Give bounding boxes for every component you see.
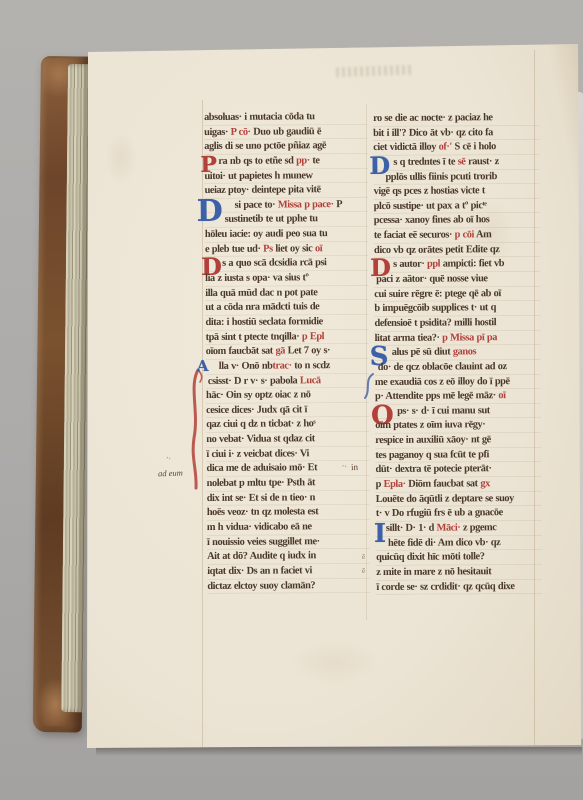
rubric-text: P cō· bbox=[231, 126, 254, 137]
margin-tick: ē bbox=[362, 553, 365, 561]
manuscript-line: ueiaz ptoy· deintepe pita vitē bbox=[205, 183, 368, 199]
body-text: sillt· D· 1· d bbox=[386, 523, 437, 534]
rubric-text: sē bbox=[458, 156, 466, 167]
manuscript-line: hēte fidē di· Am dico vb· qz bbox=[376, 535, 542, 551]
manuscript-line: qaz ciui q dz n ticbat· z hoˢ bbox=[206, 417, 369, 433]
rubric-text: pp· bbox=[296, 155, 310, 166]
body-text: dix int se· Et si de n tieo· n bbox=[207, 492, 315, 504]
body-text: bit i ill'? Dico āt vb· qz cito fa bbox=[373, 127, 493, 139]
body-text: Duo ub gaudiū ē bbox=[253, 126, 321, 137]
body-text: tes paganoy q sua fcūt te pfi bbox=[375, 449, 489, 461]
body-text: dico vb qz orātes petit Edite qz bbox=[374, 244, 499, 256]
body-text: dūt· dextra tē potecie pterāt· bbox=[375, 464, 491, 476]
manuscript-line: iqtat dix· Ds an n faciet vi bbox=[207, 564, 370, 580]
rubric-text: Lucā bbox=[300, 375, 321, 386]
body-text: plcō sustipe· ut pax a tº picᵗᵉ bbox=[374, 200, 487, 212]
margin-tick: ē bbox=[362, 567, 365, 575]
body-text: te faciat eē securos· bbox=[374, 230, 455, 242]
body-text: P bbox=[334, 199, 343, 210]
body-text: cui suire rēgre ē: ptege qē ab oī bbox=[374, 288, 501, 300]
rubric-text: oī bbox=[315, 243, 322, 254]
manuscript-line: pplōs ullis fiinis pcuti trorib bbox=[373, 169, 539, 185]
body-text: raust· z bbox=[465, 156, 498, 167]
body-text: me exaudiā cos z eō illoy do ī ppē bbox=[375, 376, 510, 388]
body-text: quicūq dixit hīc mōti tolle? bbox=[376, 551, 484, 563]
body-text: liet oy sic bbox=[273, 243, 315, 254]
rubric-text: trac· bbox=[272, 360, 291, 371]
manuscript-line: ī ciui i· z veicbat dices· Vi bbox=[206, 447, 369, 463]
body-text: tpā sint t ptecte tnqilla· bbox=[206, 331, 302, 343]
manuscript-line: Ds a quo scā dcsidia rcā psi bbox=[205, 256, 368, 272]
manuscript-line: uitoi· ut papietes h munew bbox=[204, 168, 367, 184]
body-text: z mite in mare z nō hesitauit bbox=[376, 566, 491, 578]
body-text: m h vidua· vidicabo eā ne bbox=[207, 521, 312, 533]
body-text: ī nouissio veies suggillet me· bbox=[207, 536, 320, 548]
body-text: uigas· bbox=[204, 126, 231, 137]
manuscript-line: dita: i hostiū seclata formidie bbox=[205, 315, 368, 331]
manuscript-line: Louēte do āqūtli z deptare se suoy bbox=[376, 491, 542, 507]
body-text: ro se die ac nocte· z paciaz he bbox=[373, 112, 493, 124]
body-text: cesice dices· Judx qā cit ī bbox=[206, 404, 307, 416]
manuscript-line: me exaudiā cos z eō illoy do ī ppē bbox=[375, 374, 541, 390]
parchment-stain bbox=[290, 640, 380, 684]
body-text: sustinetib te ut pphe tu bbox=[225, 214, 318, 226]
body-text: pplōs ullis fiinis pcuti trorib bbox=[385, 171, 497, 183]
rubric-text: Missa p pace· bbox=[278, 199, 334, 210]
body-text: hāc· Oin sy optz oiac z nō bbox=[206, 389, 311, 401]
manuscript-line: cui suire rēgre ē: ptege qē ab oī bbox=[374, 287, 540, 303]
manuscript-line: do· de qcz oblacōe clauint ad oz bbox=[375, 360, 541, 376]
body-text: nolebat p mltu tpe· Psth āt bbox=[207, 477, 315, 489]
manuscript-line: Dsi pace to· Missa p pace· P bbox=[205, 198, 368, 214]
manuscript-line: m h vidua· vidicabo eā ne bbox=[207, 520, 370, 536]
manuscript-line: cesice dices· Judx qā cit ī bbox=[206, 403, 369, 419]
manuscript-line: p· Attendite pps mē legē māz· oī bbox=[375, 389, 541, 405]
manuscript-line: Salus pē sū diut ganos bbox=[375, 345, 541, 361]
illuminated-initial: A bbox=[197, 359, 208, 374]
body-text: s q tredntes ī te bbox=[393, 156, 457, 167]
body-text: dictaz elctoy suoy clamān? bbox=[207, 580, 315, 592]
rubric-text: ppl bbox=[427, 259, 440, 270]
manuscript-line: hoēs veoz· tn qz molesta est bbox=[207, 505, 370, 521]
text-column-left: absoluas· i mutacia cōda tuuigas· P cō· … bbox=[204, 110, 370, 594]
body-text: do· de qcz oblacōe clauint ad oz bbox=[378, 361, 507, 373]
body-text: ī ciui i· z veicbat dices· Vi bbox=[206, 448, 309, 460]
manuscript-line: ut a cōda nra mādcti tuis de bbox=[205, 300, 368, 316]
rubric-text: Māci· bbox=[437, 522, 461, 533]
manuscript-line: te faciat eē securos· p cōi Am bbox=[374, 228, 540, 244]
manuscript-line: litat arma tiea?· p Missa pī pa bbox=[375, 330, 541, 346]
body-text: ī corde se· sz crdidit· qz qcūq dixe bbox=[376, 581, 514, 593]
body-text: defensioē t psidita? milli hostil bbox=[374, 317, 496, 329]
body-text: aglis di se uno pctōe pñiaz agē bbox=[204, 140, 326, 152]
rubric-text: Ps bbox=[263, 243, 273, 254]
body-text: ps· s· d· ī cui manu sut bbox=[397, 405, 490, 417]
manuscript-line: lia z iusta s opa· va sius tº bbox=[205, 271, 368, 287]
manuscript-line: quicūq dixit hīc mōti tolle? bbox=[376, 550, 542, 566]
manuscript-line: pcessa· xanoy fines ab oī hos bbox=[374, 213, 540, 229]
manuscript-line: tes paganoy q sua fcūt te pfi bbox=[375, 448, 541, 464]
manuscript-line: Alla v· Onō nbtrac· to n scdz bbox=[206, 359, 369, 375]
body-text: dica me de aduisaio mō· Et bbox=[206, 463, 317, 475]
body-text: hōleu iacie: oy audi peo sua tu bbox=[205, 228, 327, 240]
body-text: respice in auxiliū xāoy· nt gē bbox=[375, 434, 491, 446]
body-text: s autor· bbox=[393, 259, 427, 270]
body-text: Diōm faucbat sat bbox=[406, 478, 481, 490]
manuscript-line: hōleu iacie: oy audi peo sua tu bbox=[205, 227, 368, 243]
manuscript-line: b impuēgcōib supplices t· ut q bbox=[374, 301, 540, 317]
manuscript-line: aglis di se uno pctōe pñiaz agē bbox=[204, 139, 367, 155]
manuscript-line: paci z aātor· quē nosse viue bbox=[374, 272, 540, 288]
manuscript-line: respice in auxiliū xāoy· nt gē bbox=[375, 433, 541, 449]
text-column-right: ro se die ac nocte· z paciaz hebit i ill… bbox=[373, 111, 542, 595]
manuscript-line: bit i ill'? Dico āt vb· qz cito fa bbox=[373, 125, 539, 141]
manuscript-photograph: absoluas· i mutacia cōda tuuigas· P cō· … bbox=[0, 0, 583, 800]
rubric-text: p Epl bbox=[302, 331, 324, 342]
manuscript-line: p Epla· Diōm faucbat sat gx bbox=[376, 477, 542, 493]
manuscript-line: Ds autor· ppl ampicti: fiet vb bbox=[374, 257, 540, 273]
rubric-text: of·' bbox=[439, 142, 452, 153]
parchment-stain bbox=[104, 130, 138, 186]
rubric-text: ganos bbox=[453, 347, 476, 358]
manuscript-line: absoluas· i mutacia cōda tu bbox=[204, 110, 367, 126]
body-text: alus pē sū diut bbox=[392, 347, 453, 358]
body-text: z pgemc bbox=[460, 522, 496, 533]
manuscript-line: tpā sint t ptecte tnqilla· p Epl bbox=[206, 329, 369, 345]
body-text: paci z aātor· quē nosse viue bbox=[376, 273, 487, 285]
manuscript-line: Ds q tredntes ī te sē raust· z bbox=[373, 155, 539, 171]
rubric-text: p Missa pī pa bbox=[442, 332, 497, 343]
body-text: s a quo scā dcsidia rcā psi bbox=[222, 258, 326, 270]
insertion-marks: ′′ bbox=[165, 455, 172, 464]
body-text: te bbox=[310, 155, 320, 166]
body-text: pcessa· xanoy fines ab oī hos bbox=[374, 215, 490, 227]
manuscript-line: Ait at dō? Audite q iudx in bbox=[207, 549, 370, 565]
manuscript-line: no vebat· Vidua st qdaz cit bbox=[206, 432, 369, 448]
manuscript-line: csisst· D r v· s· pabola Lucā bbox=[206, 373, 369, 389]
body-text: ampicti: fiet vb bbox=[440, 258, 504, 269]
manuscript-line: nolebat p mltu tpe· Psth āt bbox=[207, 476, 370, 492]
body-text: dita: i hostiū seclata formidie bbox=[205, 316, 322, 328]
body-text: si pace to· bbox=[235, 199, 278, 210]
body-text: t· v Do rfugiū frs ē ub a gnacōe bbox=[376, 507, 503, 519]
manuscript-line: defensioē t psidita? milli hostil bbox=[374, 316, 540, 332]
rubric-text: gā bbox=[275, 346, 285, 357]
body-text: Let 7 oy s· bbox=[285, 345, 330, 356]
manuscript-line: ī corde se· sz crdidit· qz qcūq dixe bbox=[376, 579, 542, 595]
manuscript-line: hāc· Oin sy optz oiac z nō bbox=[206, 388, 369, 404]
manuscript-line: oīm ptates z oīm iuva rēgy· bbox=[375, 418, 541, 434]
body-text: hēte fidē di· Am dico vb· qz bbox=[388, 537, 500, 549]
manuscript-line: ī nouissio veies suggillet me· bbox=[207, 534, 370, 550]
body-text: p bbox=[376, 479, 384, 490]
manuscript-line: sustinetib te ut pphe tu bbox=[205, 212, 368, 228]
body-text: Louēte do āqūtli z deptare se suoy bbox=[376, 493, 514, 505]
body-text: lia z iusta s opa· va sius tº bbox=[205, 272, 308, 284]
body-text: uitoi· ut papietes h munew bbox=[204, 170, 312, 182]
body-text: oīm ptates z oīm iuva rēgy· bbox=[375, 420, 485, 432]
body-text: to n scdz bbox=[292, 360, 330, 371]
body-text: Ait at dō? Audite q iudx in bbox=[207, 550, 316, 562]
body-text: no vebat· Vidua st qdaz cit bbox=[206, 433, 314, 445]
body-text: Am bbox=[474, 229, 491, 240]
manuscript-line: Pra nb qs to etñe sd pp· te bbox=[204, 154, 367, 170]
red-pen-flourish bbox=[186, 366, 208, 496]
manuscript-line: vigē qs pces z hostias victe t bbox=[374, 184, 540, 200]
body-text: iqtat dix· Ds an n faciet vi bbox=[207, 565, 312, 577]
body-text: hoēs veoz· tn qz molesta est bbox=[207, 507, 318, 519]
manuscript-line: dictaz elctoy suoy clamān? bbox=[207, 578, 370, 594]
manuscript-line: illa quā mūd dac n pot pate bbox=[205, 286, 368, 302]
manuscript-line: Ops· s· d· ī cui manu sut bbox=[375, 404, 541, 420]
manuscript-line: z mite in mare z nō hesitauit bbox=[376, 565, 542, 581]
body-text: lla v· Onō nb bbox=[219, 360, 273, 371]
margin-note-in: in bbox=[351, 462, 358, 472]
body-text: oīom faucbāt sat bbox=[206, 346, 276, 357]
body-text: b impuēgcōib supplices t· ut q bbox=[374, 302, 496, 314]
rubric-text: gx bbox=[480, 478, 490, 489]
manuscript-line: oīom faucbāt sat gā Let 7 oy s· bbox=[206, 344, 369, 360]
manuscript-line: Isillt· D· 1· d Māci· z pgemc bbox=[376, 521, 542, 537]
manuscript-line: ciet vidictā illoy of·' S cē i holo bbox=[373, 140, 539, 156]
margin-note-ad-eum: ad eum bbox=[158, 468, 183, 479]
rubric-text: Epla· bbox=[384, 479, 406, 490]
body-text: p· Attendite pps mē legē māz· bbox=[375, 390, 498, 402]
manuscript-line: uigas· P cō· Duo ub gaudiū ē bbox=[204, 125, 367, 141]
manuscript-line: dūt· dextra tē potecie pterāt· bbox=[375, 462, 541, 478]
manuscript-line: ro se die ac nocte· z paciaz he bbox=[373, 111, 539, 127]
manuscript-line: dico vb qz orātes petit Edite qz bbox=[374, 243, 540, 259]
body-text: absoluas· i mutacia cōda tu bbox=[204, 111, 315, 123]
rubric-text: p cōi bbox=[455, 229, 474, 240]
body-text: S cē i holo bbox=[452, 141, 496, 152]
rubric-text: oī bbox=[498, 390, 505, 401]
manuscript-line: t· v Do rfugiū frs ē ub a gnacōe bbox=[376, 506, 542, 522]
faded-inscription bbox=[336, 65, 412, 78]
body-text: ut a cōda nra mādcti tuis de bbox=[205, 302, 319, 314]
manuscript-line: e pleb tue ud· Ps liet oy sic oī bbox=[205, 242, 368, 258]
manuscript-line: plcō sustipe· ut pax a tº picᵗᵉ bbox=[374, 199, 540, 215]
book-bottom-shadow bbox=[96, 747, 582, 756]
body-text: illa quā mūd dac n pot pate bbox=[205, 287, 317, 299]
body-text: csisst· D r v· s· pabola bbox=[208, 375, 300, 387]
manuscript-line: dix int se· Et si de n tieo· n bbox=[207, 491, 370, 507]
body-text: qaz ciui q dz n ticbat· z hoˢ bbox=[206, 419, 315, 431]
body-text: vigē qs pces z hostias victe t bbox=[374, 185, 485, 197]
body-text: ra nb qs to etñe sd bbox=[218, 155, 296, 167]
